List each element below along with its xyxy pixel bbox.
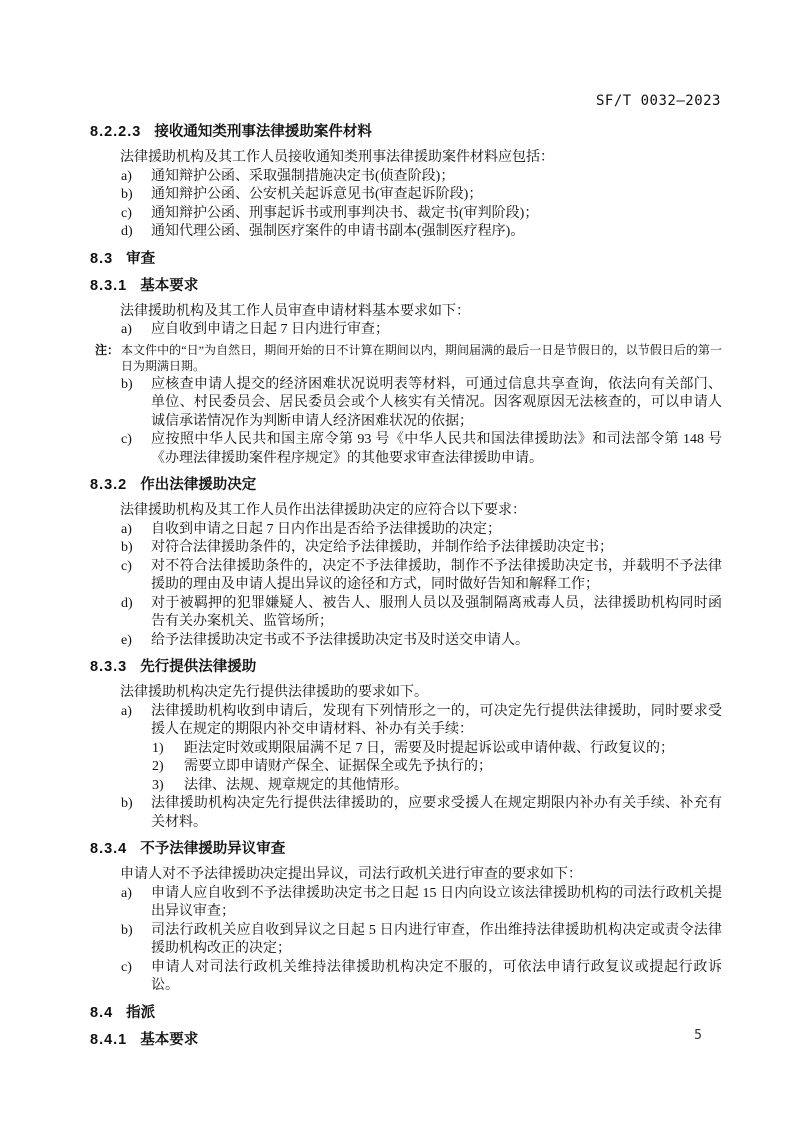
section-number: 8.4 bbox=[90, 1005, 113, 1021]
list-item-marker: c) bbox=[121, 431, 151, 468]
list-item: c)申请人对司法行政机关维持法律援助机构决定不服的，可依法申请行政复议或提起行政… bbox=[90, 959, 722, 996]
section-title: 审查 bbox=[126, 251, 155, 267]
list-item-text: 申请人对司法行政机关维持法律援助机构决定不服的，可依法申请行政复议或提起行政诉讼… bbox=[151, 959, 722, 996]
list-item: a)应自收到申请之日起 7 日内进行审查； bbox=[90, 321, 722, 340]
list-item-marker: d) bbox=[121, 223, 151, 242]
list-item-marker: d) bbox=[121, 595, 151, 632]
list-item: c)对不符合法律援助条件的，决定不予法律援助，制作不予法律援助决定书，并载明不予… bbox=[90, 558, 722, 595]
paragraph: 法律援助机构及其工作人员审查申请材料基本要求如下： bbox=[90, 303, 722, 322]
list-item-marker: b) bbox=[121, 795, 151, 832]
section-heading: 8.3.3先行提供法律援助 bbox=[90, 658, 722, 677]
section-title: 作出法律援助决定 bbox=[140, 477, 256, 493]
list-item-text: 应核查申请人提交的经济困难状况说明表等材料，可通过信息共享查询，依法向有关部门、… bbox=[151, 376, 722, 432]
document-page: SF/T 0032—2023 8.2.2.3接收通知类刑事法律援助案件材料法律援… bbox=[0, 0, 794, 1122]
section-number: 8.3.2 bbox=[90, 477, 127, 493]
list-item: a)申请人应自收到不予法律援助决定书之日起 15 日内向设立该法律援助机构的司法… bbox=[90, 885, 722, 922]
note: 注：本文件中的“日”为自然日，期间开始的日不计算在期间以内，期间届满的最后一日是… bbox=[95, 342, 722, 374]
section-title: 不予法律援助异议审查 bbox=[140, 841, 285, 857]
section-heading: 8.3.1基本要求 bbox=[90, 277, 722, 296]
list-item: c)应按照中华人民共和国主席令第 93 号《中华人民共和国法律援助法》和司法部令… bbox=[90, 431, 722, 468]
section-number: 8.3.1 bbox=[90, 278, 127, 294]
list-item-marker: b) bbox=[121, 376, 151, 432]
list-item-text: 法律援助机构收到申请后，发现有下列情形之一的，可决定先行提供法律援助，同时要求受… bbox=[151, 703, 722, 740]
list-item-marker: a) bbox=[121, 703, 151, 740]
list-item: d)通知代理公函、强制医疗案件的申请书副本(强制医疗程序)。 bbox=[90, 223, 722, 242]
list-item: b)通知辩护公函、公安机关起诉意见书(审查起诉阶段)； bbox=[90, 186, 722, 205]
paragraph: 法律援助机构决定先行提供法律援助的要求如下。 bbox=[90, 684, 722, 703]
list-item-text: 法律援助机构决定先行提供法律援助的，应要求受援人在规定期限内补办有关手续、补充有… bbox=[151, 795, 722, 832]
section-number: 8.3.3 bbox=[90, 659, 127, 675]
list-item-marker: a) bbox=[121, 521, 151, 540]
note-text: 本文件中的“日”为自然日，期间开始的日不计算在期间以内，期间届满的最后一日是节假… bbox=[121, 342, 722, 374]
list-item-text: 通知辩护公函、公安机关起诉意见书(审查起诉阶段)； bbox=[151, 186, 722, 205]
list-item-marker: 2) bbox=[152, 758, 184, 777]
section-heading: 8.4指派 bbox=[90, 1004, 722, 1023]
list-item: 3)法律、法规、规章规定的其他情形。 bbox=[90, 777, 722, 796]
section-number: 8.3 bbox=[90, 251, 113, 267]
list-item: b)应核查申请人提交的经济困难状况说明表等材料，可通过信息共享查询，依法向有关部… bbox=[90, 376, 722, 432]
section-heading: 8.2.2.3接收通知类刑事法律援助案件材料 bbox=[90, 123, 722, 142]
list-item-marker: a) bbox=[121, 321, 151, 340]
list-item: b)司法行政机关应自收到异议之日起 5 日内进行审查，作出维持法律援助机构决定或… bbox=[90, 922, 722, 959]
list-item-marker: a) bbox=[121, 168, 151, 187]
paragraph: 申请人对不予法律援助决定提出异议，司法行政机关进行审查的要求如下： bbox=[90, 866, 722, 885]
list-item: a)自收到申请之日起 7 日内作出是否给予法律援助的决定； bbox=[90, 521, 722, 540]
section-title: 基本要求 bbox=[140, 1032, 198, 1048]
list-item-text: 通知辩护公函、采取强制措施决定书(侦查阶段)； bbox=[151, 168, 722, 187]
list-item: a)通知辩护公函、采取强制措施决定书(侦查阶段)； bbox=[90, 168, 722, 187]
list-item: e)给予法律援助决定书或不予法律援助决定书及时送交申请人。 bbox=[90, 632, 722, 651]
list-item-text: 应按照中华人民共和国主席令第 93 号《中华人民共和国法律援助法》和司法部令第 … bbox=[151, 431, 722, 468]
section-title: 基本要求 bbox=[140, 278, 198, 294]
section-number: 8.3.4 bbox=[90, 841, 127, 857]
list-item: a)法律援助机构收到申请后，发现有下列情形之一的，可决定先行提供法律援助，同时要… bbox=[90, 703, 722, 740]
list-item-marker: e) bbox=[121, 632, 151, 651]
list-item-text: 对不符合法律援助条件的，决定不予法律援助，制作不予法律援助决定书，并载明不予法律… bbox=[151, 558, 722, 595]
list-item-marker: b) bbox=[121, 186, 151, 205]
list-item: 1)距法定时效或期限届满不足 7 日，需要及时提起诉讼或申请仲裁、行政复议的； bbox=[90, 740, 722, 759]
list-item-text: 对于被羁押的犯罪嫌疑人、被告人、服刑人员以及强制隔离戒毒人员，法律援助机构同时函… bbox=[151, 595, 722, 632]
section-heading: 8.3.2作出法律援助决定 bbox=[90, 476, 722, 495]
list-item: c)通知辩护公函、刑事起诉书或刑事判决书、裁定书(审判阶段)； bbox=[90, 205, 722, 224]
list-item-text: 需要立即申请财产保全、证据保全或先予执行的； bbox=[184, 758, 722, 777]
section-title: 先行提供法律援助 bbox=[140, 659, 256, 675]
list-item-marker: b) bbox=[121, 539, 151, 558]
section-title: 接收通知类刑事法律援助案件材料 bbox=[154, 124, 372, 140]
list-item-text: 给予法律援助决定书或不予法律援助决定书及时送交申请人。 bbox=[151, 632, 722, 651]
list-item-text: 通知代理公函、强制医疗案件的申请书副本(强制医疗程序)。 bbox=[151, 223, 722, 242]
list-item-text: 通知辩护公函、刑事起诉书或刑事判决书、裁定书(审判阶段)； bbox=[151, 205, 722, 224]
paragraph: 法律援助机构及其工作人员作出法律援助决定的应符合以下要求： bbox=[90, 502, 722, 521]
section-heading: 8.3审查 bbox=[90, 250, 722, 269]
section-heading: 8.3.4不予法律援助异议审查 bbox=[90, 840, 722, 859]
section-title: 指派 bbox=[126, 1005, 155, 1021]
list-item-marker: a) bbox=[121, 885, 151, 922]
list-item-text: 对符合法律援助条件的，决定给予法律援助，并制作给予法律援助决定书； bbox=[151, 539, 722, 558]
note-marker: 注： bbox=[95, 342, 121, 374]
list-item-text: 法律、法规、规章规定的其他情形。 bbox=[184, 777, 722, 796]
standard-number-header: SF/T 0032—2023 bbox=[596, 93, 721, 109]
document-body: 8.2.2.3接收通知类刑事法律援助案件材料法律援助机构及其工作人员接收通知类刑… bbox=[90, 123, 722, 1057]
page-number: 5 bbox=[694, 1028, 702, 1043]
list-item-marker: c) bbox=[121, 959, 151, 996]
section-number: 8.4.1 bbox=[90, 1032, 127, 1048]
list-item-text: 应自收到申请之日起 7 日内进行审查； bbox=[151, 321, 722, 340]
list-item-marker: 1) bbox=[152, 740, 184, 759]
paragraph: 法律援助机构及其工作人员接收通知类刑事法律援助案件材料应包括： bbox=[90, 149, 722, 168]
list-item-text: 自收到申请之日起 7 日内作出是否给予法律援助的决定； bbox=[151, 521, 722, 540]
list-item-text: 司法行政机关应自收到异议之日起 5 日内进行审查，作出维持法律援助机构决定或责令… bbox=[151, 922, 722, 959]
list-item: 2)需要立即申请财产保全、证据保全或先予执行的； bbox=[90, 758, 722, 777]
list-item: d)对于被羁押的犯罪嫌疑人、被告人、服刑人员以及强制隔离戒毒人员，法律援助机构同… bbox=[90, 595, 722, 632]
section-number: 8.2.2.3 bbox=[90, 124, 141, 140]
list-item-text: 距法定时效或期限届满不足 7 日，需要及时提起诉讼或申请仲裁、行政复议的； bbox=[184, 740, 722, 759]
section-heading: 8.4.1基本要求 bbox=[90, 1031, 722, 1050]
list-item-marker: c) bbox=[121, 558, 151, 595]
list-item-marker: 3) bbox=[152, 777, 184, 796]
list-item: b)对符合法律援助条件的，决定给予法律援助，并制作给予法律援助决定书； bbox=[90, 539, 722, 558]
list-item: b)法律援助机构决定先行提供法律援助的，应要求受援人在规定期限内补办有关手续、补… bbox=[90, 795, 722, 832]
list-item-marker: c) bbox=[121, 205, 151, 224]
list-item-marker: b) bbox=[121, 922, 151, 959]
list-item-text: 申请人应自收到不予法律援助决定书之日起 15 日内向设立该法律援助机构的司法行政… bbox=[151, 885, 722, 922]
